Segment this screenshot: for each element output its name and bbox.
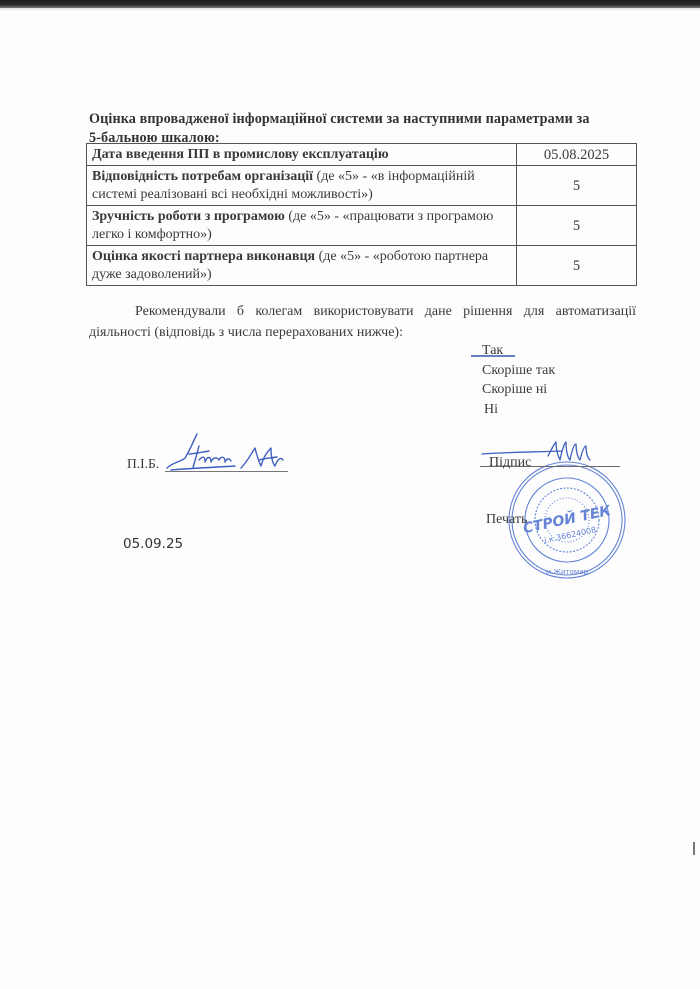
- answer-option-rather-no: Скоріше ні: [482, 380, 555, 400]
- criterion-title: Відповідність потребам організації: [92, 169, 313, 184]
- heading-line-1: Оцінка впровадженої інформаційної систем…: [89, 110, 609, 129]
- scan-edge-mark: [693, 842, 695, 855]
- evaluation-table: Дата введення ПП в промислову експлуатац…: [86, 143, 637, 286]
- answer-option-rather-yes: Скоріше так: [482, 361, 555, 381]
- scan-edge-shadow: [0, 0, 700, 8]
- score-cell: 5: [517, 246, 637, 286]
- signature-label: Підпис: [489, 455, 531, 471]
- criterion-cell: Відповідність потребам організації (де «…: [87, 166, 517, 206]
- handwritten-name-signature: [163, 432, 293, 474]
- score-cell: 05.08.2025: [517, 144, 637, 166]
- table-row: Зручність роботи з програмою (де «5» - «…: [87, 206, 637, 246]
- answer-option-no: Ні: [482, 400, 555, 420]
- score-cell: 5: [517, 166, 637, 206]
- table-row: Дата введення ПП в промислову експлуатац…: [87, 144, 637, 166]
- seal-label: Печать: [486, 512, 527, 528]
- seal-city: м.Житомир: [546, 568, 589, 576]
- criterion-cell: Оцінка якості партнера виконавця (де «5»…: [87, 246, 517, 286]
- score-cell: 5: [517, 206, 637, 246]
- answer-options: Так Скоріше так Скоріше ні Ні: [482, 341, 555, 419]
- table-row: Оцінка якості партнера виконавця (де «5»…: [87, 246, 637, 286]
- criterion-title: Оцінка якості партнера виконавця: [92, 249, 315, 264]
- signing-date: 05.09.25: [123, 536, 183, 552]
- criterion-cell: Дата введення ПП в промислову експлуатац…: [87, 144, 517, 166]
- answer-option-yes: Так: [482, 341, 555, 361]
- table-row: Відповідність потребам організації (де «…: [87, 166, 637, 206]
- recommendation-question: Рекомендували б колегам використовувати …: [89, 301, 636, 343]
- criterion-title: Зручність роботи з програмою: [92, 209, 285, 224]
- full-name-label: П.І.Б.: [127, 456, 159, 472]
- criterion-cell: Зручність роботи з програмою (де «5» - «…: [87, 206, 517, 246]
- criterion-title: Дата введення ПП в промислову експлуатац…: [92, 147, 389, 162]
